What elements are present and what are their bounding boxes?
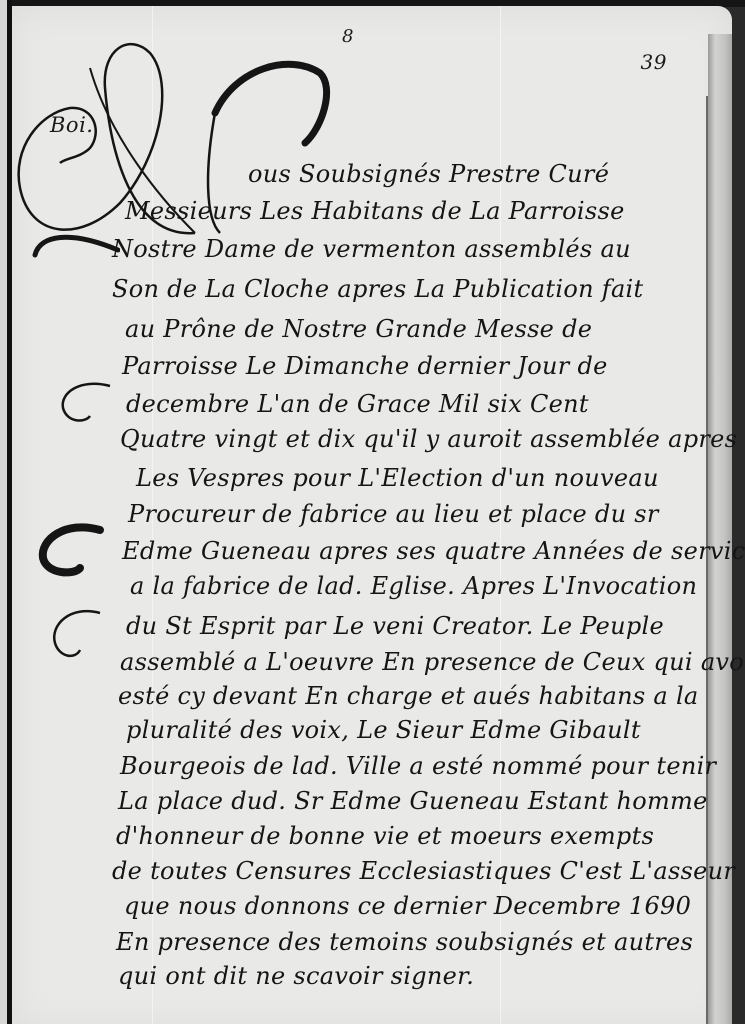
text-line: Bourgeois de lad. Ville a esté nommé pou…	[120, 752, 716, 780]
text-line: esté cy devant En charge et aués habitan…	[118, 682, 699, 710]
text-line: Messieurs Les Habitans de La Parroisse	[125, 197, 625, 225]
text-line: au Prône de Nostre Grande Messe de	[125, 315, 592, 343]
text-line: Edme Gueneau apres ses quatre Années de …	[122, 537, 745, 565]
top-mark: 8	[342, 26, 354, 47]
text-line: que nous donnons ce dernier Decembre 169…	[124, 892, 691, 920]
text-line: de toutes Censures Ecclesiastiques C'est…	[112, 857, 735, 885]
text-line: du St Esprit par Le veni Creator. Le Peu…	[126, 612, 664, 640]
margin-flourish-icon	[45, 605, 105, 665]
margin-note: Boi.	[50, 113, 93, 137]
text-line: pluralité des voix, Le Sieur Edme Gibaul…	[126, 716, 641, 744]
text-line: qui ont dit ne scavoir signer.	[118, 962, 474, 990]
text-line: ous Soubsignés Prestre Curé	[248, 160, 609, 188]
text-line: La place dud. Sr Edme Gueneau Estant hom…	[118, 787, 708, 815]
text-line: Parroisse Le Dimanche dernier Jour de	[122, 352, 608, 380]
text-line: Quatre vingt et dix qu'il y auroit assem…	[120, 425, 737, 453]
folio-number: 39	[641, 50, 667, 74]
text-line: assemblé a L'oeuvre En presence de Ceux …	[120, 648, 745, 676]
text-line: Les Vespres pour L'Election d'un nouveau	[136, 464, 659, 492]
text-line: decembre L'an de Grace Mil six Cent	[126, 390, 589, 418]
margin-flourish-icon	[55, 378, 115, 428]
text-line: a la fabrice de lad. Eglise. Apres L'Inv…	[130, 572, 697, 600]
text-line: Nostre Dame de vermenton assemblés au	[112, 235, 631, 263]
text-line: En presence des temoins soubsignés et au…	[116, 928, 693, 956]
text-line: d'honneur de bonne vie et moeurs exempts	[116, 822, 654, 850]
text-line: Son de La Cloche apres La Publication fa…	[112, 275, 643, 303]
text-line: Procureur de fabrice au lieu et place du…	[128, 500, 659, 528]
document-scan: 8 39 Boi. ous Soubsignés Prestre Curé Me…	[0, 0, 745, 1024]
margin-flourish-icon	[30, 225, 120, 280]
adjacent-page-edge	[0, 0, 7, 1024]
margin-flourish-icon	[35, 520, 105, 580]
